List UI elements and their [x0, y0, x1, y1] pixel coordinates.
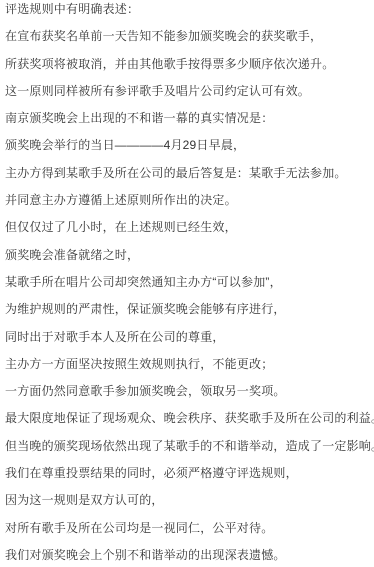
- text-line: 颁奖晚会准备就绪之时，: [5, 242, 372, 269]
- text-line: 并同意主办方遵循上述原则所作出的决定。: [5, 187, 372, 214]
- text-line: 因为这一规则是双方认可的，: [5, 487, 372, 514]
- text-line: 这一原则同样被所有参评歌手及唱片公司约定认可有效。: [5, 78, 372, 105]
- text-line: 同时出于对歌手本人及所在公司的尊重，: [5, 324, 372, 351]
- text-line: 但仅仅过了几小时，在上述规则已经生效，: [5, 214, 372, 241]
- text-line: 在宣布获奖名单前一天告知不能参加颁奖晚会的获奖歌手，: [5, 23, 372, 50]
- text-line: 最大限度地保证了现场观众、晚会秩序、获奖歌手及所在公司的利益。: [5, 405, 372, 432]
- text-line: 我们在尊重投票结果的同时，必须严格遵守评选规则，: [5, 460, 372, 487]
- text-line: 我们对颁奖晚会上个别不和谐举动的出现深表遗憾。: [5, 542, 372, 567]
- text-line: 南京颁奖晚会上出现的不和谐一幕的真实情况是：: [5, 105, 372, 132]
- text-line: 一方面仍然同意歌手参加颁奖晚会，领取另一奖项。: [5, 378, 372, 405]
- text-line: 主办方得到某歌手及所在公司的最后答复是：某歌手无法参加。: [5, 160, 372, 187]
- statement-document: 评选规则中有明确表述： 在宣布获奖名单前一天告知不能参加颁奖晚会的获奖歌手， 所…: [0, 0, 374, 567]
- text-line: 评选规则中有明确表述：: [5, 0, 372, 23]
- page: { "document": { "background_color": "#ff…: [0, 0, 374, 567]
- text-line: 所获奖项将被取消，并由其他歌手按得票多少顺序依次递升。: [5, 51, 372, 78]
- text-line: 主办方一方面坚决按照生效规则执行，不能更改；: [5, 351, 372, 378]
- text-line: 对所有歌手及所在公司均是一视同仁，公平对待。: [5, 515, 372, 542]
- text-line: 为维护规则的严肃性，保证颁奖晚会能够有序进行，: [5, 296, 372, 323]
- text-line: 颁奖晚会举行的当日————4月29日早晨，: [5, 132, 372, 159]
- text-line: 但当晚的颁奖现场依然出现了某歌手的不和谐举动，造成了一定影响。: [5, 433, 372, 460]
- text-line: 某歌手所在唱片公司却突然通知主办方“可以参加”，: [5, 269, 372, 296]
